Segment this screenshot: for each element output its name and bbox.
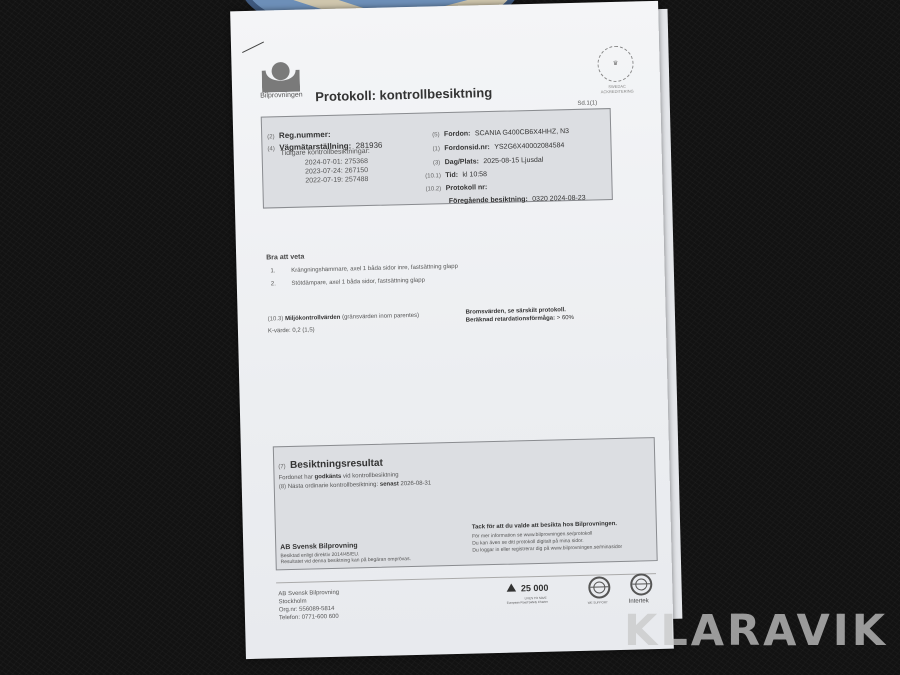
page-number: Sd.1(1) xyxy=(577,100,597,106)
previous-inspection-value: 0320 2024-08-23 xyxy=(532,195,585,203)
global-compact-caption: WE SUPPORT xyxy=(588,600,608,604)
date-place-value: 2025-08-15 Ljusdal xyxy=(483,157,543,165)
previous-inspection: 2022-07-19: 257488 xyxy=(305,175,368,186)
result-heading: (7) Besiktningsresultat xyxy=(278,453,383,474)
footer-company: AB Svensk Bilprovning xyxy=(278,589,339,598)
footer-company-info: AB Svensk Bilprovning Stockholm Org.nr: … xyxy=(278,589,339,622)
logo-text: Bilprovningen xyxy=(260,92,303,100)
footer-phone: Telefon: 0771-600 600 xyxy=(279,613,340,622)
pen-mark xyxy=(242,41,264,53)
bilprovningen-logo: Bilprovningen xyxy=(259,62,302,101)
document-title: Protokoll: kontrollbesiktning xyxy=(315,85,492,104)
road-icon: ⛰ xyxy=(506,581,516,595)
next-inspection: (8) Nästa ordinarie kontrollbesiktning: … xyxy=(279,481,432,491)
thank-you-text: Tack för att du valde att besikta hos Bi… xyxy=(472,521,617,531)
intertek-globe-icon xyxy=(630,573,653,596)
good-to-know-title: Bra att veta xyxy=(266,254,304,262)
previous-inspections-list: 2024-07-01: 275368 2023-07-24: 267150 20… xyxy=(305,157,369,186)
global-compact-icon xyxy=(588,576,611,599)
accreditation-text: SWEDAC ACKREDITERING xyxy=(600,83,634,94)
inspection-protocol-paper: Bilprovningen Protokoll: kontrollbesiktn… xyxy=(230,1,674,659)
good-to-know-item: 2. Stötdämpare, axel 1 båda sidor, fasts… xyxy=(271,278,425,288)
previous-inspections-label: Tidigare kontrollbesiktningar: xyxy=(281,148,370,157)
good-to-know-item: 1. Krängningshämmare, axel 1 båda sidor … xyxy=(270,264,458,275)
result-status: Fordonet har godkänts vid kontrollbesikt… xyxy=(278,472,398,481)
road-safety-badge: ⛰ 25 000 LIVES TO SAVE European Road Saf… xyxy=(506,578,549,605)
inspection-result-box: (7) Besiktningsresultat Fordonet har god… xyxy=(273,437,658,570)
k-value: K-värde: 0,2 (1,5) xyxy=(268,327,315,334)
intertek-caption: Intertek xyxy=(629,598,649,604)
klaravik-watermark: KLARAVIK xyxy=(624,606,888,656)
brake-values-note: Bromsvärden, se särskilt protokoll. xyxy=(466,307,566,315)
environment-values-heading: (10.3) Miljökontrollvärden (gränsvärden … xyxy=(268,313,420,323)
previous-inspection-row: Föregående besiktning: 0320 2024-08-23 xyxy=(449,187,586,208)
result-company: AB Svensk Bilprovning xyxy=(280,542,358,551)
next-inspection-date: 2026-08-31 xyxy=(400,481,431,488)
swedac-accreditation-icon: ♛ xyxy=(597,45,634,82)
approved-text: godkänts xyxy=(315,474,342,481)
vehicle-info-box: (2) Reg.nummer: (4) Vägmätarställning: 2… xyxy=(261,108,613,209)
deceleration-row: Beräknad retardationsförmåga: > 60% xyxy=(466,315,574,324)
